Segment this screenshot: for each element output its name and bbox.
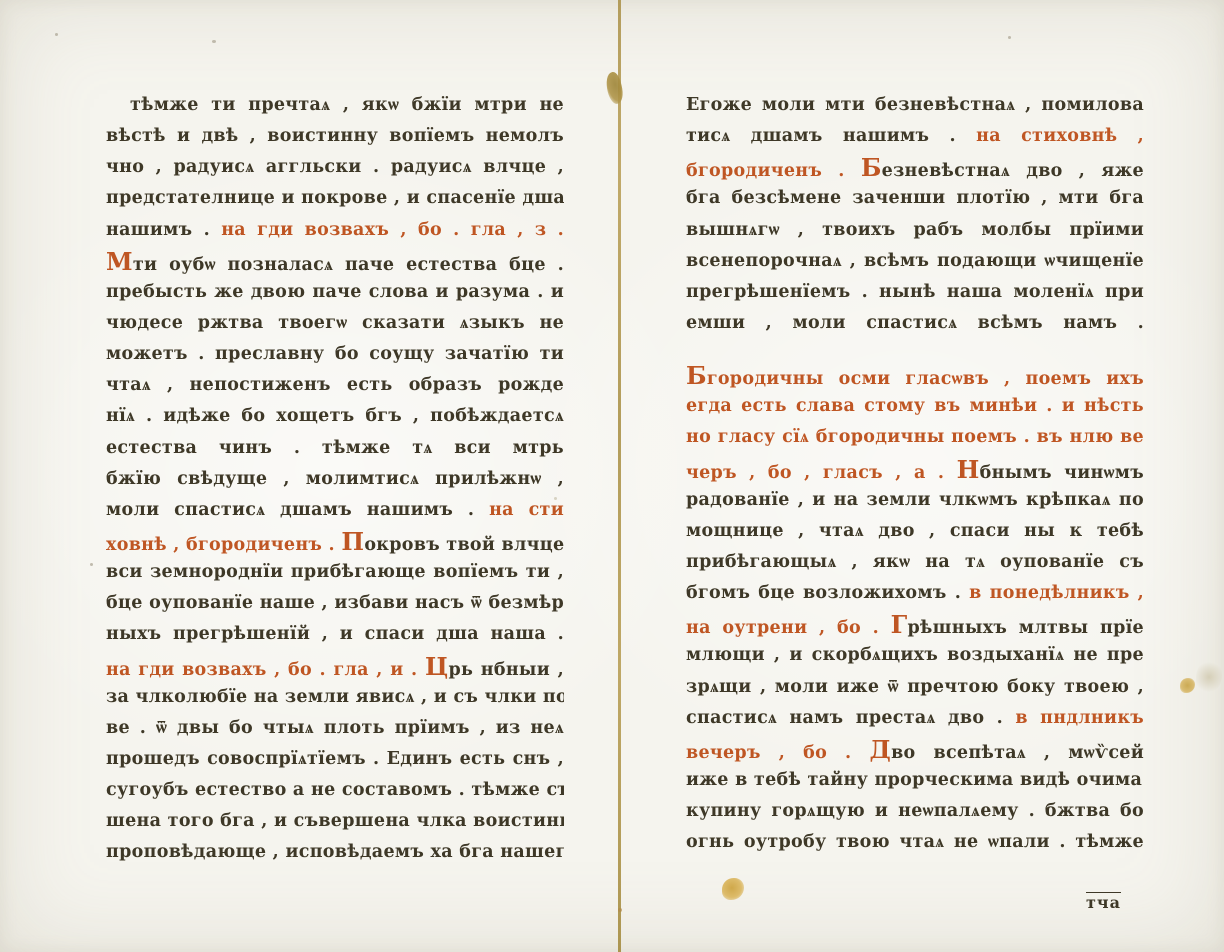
body-text: спастисѧ намъ престаѧ дво . (686, 708, 1015, 728)
body-text: нїѧ . идѣже бо хощетъ бгъ , побѣждаетсѧ (106, 406, 564, 426)
text-line: бгородиченъ . Безневѣстнаѧ дво , яже (686, 152, 1144, 183)
rubric-initial: М (106, 247, 133, 276)
body-text: мощнице , чтаѧ дво , спаси ны к тебѣ (686, 521, 1144, 541)
text-line: вышнѧгѡ , твоихъ рабъ молбы прїими (686, 215, 1144, 246)
text-line: егда есть слава стому въ минѣи . и нѣсть (686, 391, 1144, 422)
text-line: шена того бга , и съвершена члка воистин… (106, 806, 564, 837)
text-line: всенепорочнаѧ , всѣмъ подающи ѡчищенїе (686, 246, 1144, 277)
body-text: ти оубѡ позналасѧ паче естества бце . (133, 255, 564, 275)
text-line: прегрѣшенїемъ . нынѣ наша моленїѧ при (686, 277, 1144, 308)
text-line: емши , моли спастисѧ всѣмъ намъ . (686, 308, 1144, 339)
text-line: млющи , и скорбѧщихъ воздыханїѧ не пре (686, 640, 1144, 671)
body-text: бга безсѣмене заченши плотїю , мти бга (686, 188, 1144, 208)
body-text: моли спастисѧ дшамъ нашимъ . (106, 500, 489, 520)
body-text: сугоубъ естество а не составомъ . тѣмже … (106, 780, 564, 800)
body-text: шена того бга , и съвершена члка воистин… (106, 811, 564, 831)
text-line: зрѧщи , моли иже ѿ пречтою боку твоею , (686, 672, 1144, 703)
paper-speck (212, 40, 216, 43)
text-line: чно , радуисѧ аггльски . радуисѧ влчце , (106, 152, 564, 183)
text-line: Егоже моли мти безневѣстнаѧ , помилова (686, 90, 1144, 121)
text-line: ве . ѿ двы бо чтыѧ плоть прїимъ , из неѧ (106, 713, 564, 744)
text-line: тѣмже ти пречтаѧ , якѡ бжїи мтри не (106, 90, 564, 121)
paragraph-gap (686, 339, 1144, 360)
text-line: ховнѣ , бгородиченъ . Покровъ твой влчце… (106, 526, 564, 557)
body-text: вышнѧгѡ , твоихъ рабъ молбы прїими (686, 220, 1144, 240)
text-line: бжїю свѣдуще , молимтисѧ прилѣжнѡ , (106, 464, 564, 495)
paper-speck (618, 908, 622, 912)
text-line: мощнице , чтаѧ дво , спаси ны к тебѣ (686, 516, 1144, 547)
body-text: всенепорочнаѧ , всѣмъ подающи ѡчищенїе (686, 251, 1144, 271)
text-line: чюдесе ржтва твоегѡ сказати ѧзыкъ не (106, 308, 564, 339)
rubric-text: черъ , бо , гласъ , а . (686, 463, 957, 483)
body-text: иже в тебѣ тайну прорческима видѣ очима … (686, 770, 1144, 790)
rubric-text: в понедѣлникъ , (969, 583, 1144, 603)
body-text: чтаѧ , непостиженъ есть образъ рожде (106, 375, 564, 395)
text-line: но гласу сїѧ бгородичны поемъ . въ нлю в… (686, 422, 1144, 453)
paper-speck (55, 33, 58, 36)
rubric-text: городичны осми гласѡвъ , поемъ ихъ (707, 369, 1144, 389)
text-line: предстателнице и покрове , и спасенїе дш… (106, 183, 564, 214)
book-gutter-seam (618, 0, 621, 952)
body-text: рь нбныи , (448, 660, 564, 680)
rubric-initial: Ц (425, 652, 449, 681)
body-text: проповѣдающе , исповѣдаемъ ха бга нашего… (106, 842, 564, 862)
paper-stain (722, 878, 744, 900)
body-text: зрѧщи , моли иже ѿ пречтою боку твоею , (686, 677, 1144, 697)
body-text: окровъ твой влчце , (364, 535, 564, 555)
text-line: радованїе , и на земли члкѡмъ крѣпкаѧ по (686, 485, 1144, 516)
rubric-initial: Г (891, 610, 908, 639)
rubric-initial: Б (861, 153, 882, 182)
text-line: спастисѧ намъ престаѧ дво . в пндлникъ (686, 703, 1144, 734)
text-line: чтаѧ , непостиженъ есть образъ рожде (106, 370, 564, 401)
text-line: иже в тебѣ тайну прорческима видѣ очима … (686, 765, 1144, 796)
seam-knot (603, 71, 625, 106)
text-line: на оутрени , бо . Грѣшныхъ млтвы прїе (686, 609, 1144, 640)
paper-stain (1196, 660, 1222, 694)
body-text: чно , радуисѧ аггльски . радуисѧ влчце , (106, 157, 564, 177)
text-line: вечеръ , бо . Дво всепѣтаѧ , мѡѷсей (686, 734, 1144, 765)
rubric-text: на стиховнѣ , (976, 126, 1144, 146)
body-text: бце оупованїе наше , избави насъ ѿ безмѣ… (106, 593, 564, 613)
folio-signature: тча (1086, 893, 1121, 912)
body-text: прегрѣшенїемъ . нынѣ наша моленїѧ при (686, 282, 1144, 302)
body-text: ныхъ прегрѣшенїй , и спаси дша наша . (106, 624, 564, 644)
text-line: тисѧ дшамъ нашимъ . на стиховнѣ , (686, 121, 1144, 152)
text-line: сугоубъ естество а не составомъ . тѣмже … (106, 775, 564, 806)
rubric-text: бгородиченъ . (686, 161, 861, 181)
body-text: за члколюбїе на земли явисѧ , и съ члки … (106, 687, 564, 707)
body-text: пребысть же двою паче слова и разума . и (106, 282, 564, 302)
body-text: огнь оутробу твою чтаѧ не ѡпали . тѣмже (686, 832, 1144, 852)
body-text: можетъ . преславну бо соущу зачатїю ти (106, 344, 564, 364)
body-text: емши , моли спастисѧ всѣмъ намъ . (686, 313, 1144, 333)
rubric-initial: Д (869, 735, 891, 764)
text-line: прибѣгающыѧ , якѡ на тѧ оупованїе съ (686, 547, 1144, 578)
paper-speck (90, 563, 93, 566)
text-line: на гди возвахъ , бо . гла , и . Црь нбны… (106, 651, 564, 682)
left-page-text: тѣмже ти пречтаѧ , якѡ бжїи мтри невѣстѣ… (106, 90, 564, 869)
body-text: бнымъ чинѡмъ (980, 463, 1144, 483)
right-page-text: Егоже моли мти безневѣстнаѧ , помиловати… (686, 90, 1144, 858)
body-text: бгомъ бце возложихомъ . (686, 583, 969, 603)
text-line: нашимъ . на гди возвахъ , бо . гла , з . (106, 215, 564, 246)
body-text: вси земнороднїи прибѣгающе вопїемъ ти , (106, 562, 564, 582)
body-text: прибѣгающыѧ , якѡ на тѧ оупованїе съ (686, 552, 1144, 572)
text-line: вси земнороднїи прибѣгающе вопїемъ ти , (106, 557, 564, 588)
paper-stain (1180, 678, 1195, 693)
text-line: Бгородичны осми гласѡвъ , поемъ ихъ (686, 360, 1144, 391)
rubric-text: вечеръ , бо . (686, 743, 869, 763)
paper-speck (1008, 36, 1011, 39)
body-text: чюдесе ржтва твоегѡ сказати ѧзыкъ не (106, 313, 564, 333)
text-line: естества чинъ . тѣмже тѧ вси мтрь (106, 433, 564, 464)
rubric-text: на гди возвахъ , бо . гла , и . (106, 660, 425, 680)
rubric-text: на сти (489, 500, 564, 520)
rubric-text: на гди возвахъ , бо . гла , з . (221, 220, 564, 240)
body-text: Егоже моли мти безневѣстнаѧ , помилова (686, 95, 1144, 115)
rubric-text: ховнѣ , бгородиченъ . (106, 535, 341, 555)
rubric-text: но гласу сїѧ бгородичны поемъ . въ нлю в… (686, 427, 1144, 447)
text-line: бгомъ бце возложихомъ . в понедѣлникъ , (686, 578, 1144, 609)
text-line: за члколюбїе на земли явисѧ , и съ члки … (106, 682, 564, 713)
rubric-initial: П (341, 527, 364, 556)
body-text: вѣстѣ и двѣ , воистинну вопїемъ немолъ (106, 126, 564, 146)
body-text: тѣмже ти пречтаѧ , якѡ бжїи мтри не (130, 95, 564, 115)
text-line: огнь оутробу твою чтаѧ не ѡпали . тѣмже (686, 827, 1144, 858)
text-line: проповѣдающе , исповѣдаемъ ха бга нашего… (106, 837, 564, 868)
text-line: моли спастисѧ дшамъ нашимъ . на сти (106, 495, 564, 526)
body-text: езневѣстнаѧ дво , яже (882, 161, 1144, 181)
text-line: вѣстѣ и двѣ , воистинну вопїемъ немолъ (106, 121, 564, 152)
book-scan: тѣмже ти пречтаѧ , якѡ бжїи мтри невѣстѣ… (0, 0, 1224, 952)
paper-speck (554, 497, 557, 500)
text-line: пребысть же двою паче слова и разума . и (106, 277, 564, 308)
body-text: рѣшныхъ млтвы прїе (907, 618, 1144, 638)
body-text: тисѧ дшамъ нашимъ . (686, 126, 976, 146)
text-line: нїѧ . идѣже бо хощетъ бгъ , побѣждаетсѧ (106, 401, 564, 432)
rubric-initial: Б (686, 361, 707, 390)
body-text: млющи , и скорбѧщихъ воздыханїѧ не пре (686, 645, 1144, 665)
body-text: во всепѣтаѧ , мѡѷсей (891, 743, 1144, 763)
body-text: прошедъ совоспрїѧтїемъ . Единъ есть снъ … (106, 749, 564, 769)
rubric-text: в пндлникъ (1015, 708, 1144, 728)
text-line: прошедъ совоспрїѧтїемъ . Единъ есть снъ … (106, 744, 564, 775)
text-line: купину горѧщую и неѡпалѧему . бжтва бо (686, 796, 1144, 827)
body-text: естества чинъ . тѣмже тѧ вси мтрь (106, 438, 564, 458)
text-line: ныхъ прегрѣшенїй , и спаси дша наша . (106, 619, 564, 650)
body-text: бжїю свѣдуще , молимтисѧ прилѣжнѡ , (106, 469, 564, 489)
rubric-initial: Н (957, 455, 980, 484)
text-line: бце оупованїе наше , избави насъ ѿ безмѣ… (106, 588, 564, 619)
body-text: предстателнице и покрове , и спасенїе дш… (106, 188, 564, 208)
text-line: можетъ . преславну бо соущу зачатїю ти (106, 339, 564, 370)
body-text: нашимъ . (106, 220, 221, 240)
text-line: бга безсѣмене заченши плотїю , мти бга (686, 183, 1144, 214)
text-line: черъ , бо , гласъ , а . Нбнымъ чинѡмъ (686, 454, 1144, 485)
body-text: ве . ѿ двы бо чтыѧ плоть прїимъ , из неѧ (106, 718, 564, 738)
rubric-text: на оутрени , бо . (686, 618, 891, 638)
text-line: Мти оубѡ позналасѧ паче естества бце . (106, 246, 564, 277)
body-text: радованїе , и на земли члкѡмъ крѣпкаѧ по (686, 490, 1144, 510)
body-text: купину горѧщую и неѡпалѧему . бжтва бо (686, 801, 1144, 821)
rubric-text: егда есть слава стому въ минѣи . и нѣсть (686, 396, 1144, 416)
